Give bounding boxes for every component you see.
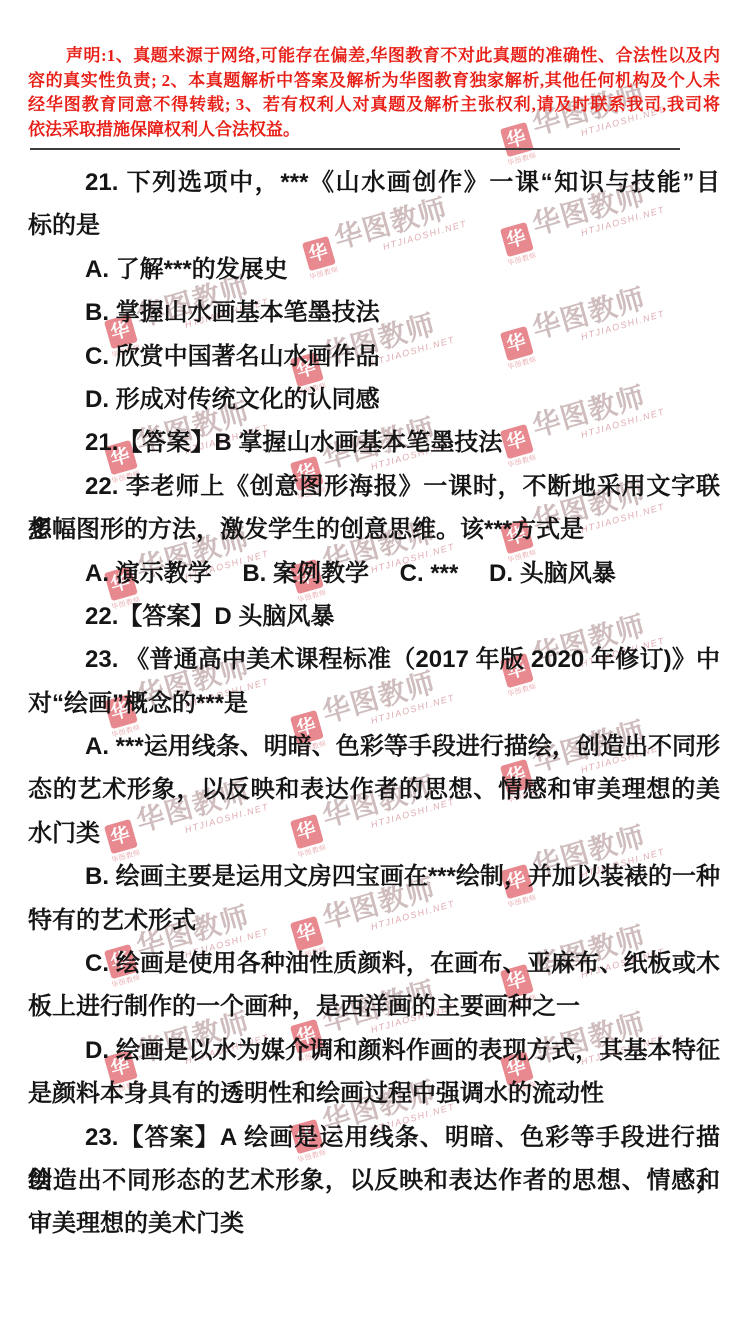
body-line-q21-stem: 21. 下列选项中，***《山水画创作》一课“知识与技能”目 xyxy=(28,161,720,204)
disclaimer-block: 声明:1、真题来源于网络,可能存在偏差,华图教育不对此真题的准确性、合法性以及内… xyxy=(28,44,720,142)
divider-line xyxy=(30,148,680,150)
body-line-q21-stem: 标的是 xyxy=(28,204,720,247)
question-body: 21. 下列选项中，***《山水画创作》一课“知识与技能”目标的是A. 了解**… xyxy=(28,161,720,1246)
disclaimer-line: 容的真实性负责; 2、本真题解析中答案及解析为华图教育独家解析,其他任何机构及个… xyxy=(28,69,720,94)
body-line-q23-option-b: B. 绘画主要是运用文房四宝画在***绘制，并加以装裱的一种 xyxy=(28,855,720,898)
disclaimer-line: 声明:1、真题来源于网络,可能存在偏差,华图教育不对此真题的准确性、合法性以及内 xyxy=(28,44,720,69)
disclaimer-line: 依法采取措施保障权利人合法权益。 xyxy=(28,118,720,143)
document-page: 华华图教师华图教师HTJIAOSHI.NET华华图教师华图教师HTJIAOSHI… xyxy=(0,0,748,1335)
body-line-q22-stem: 多幅图形的方法，激发学生的创意思维。该***方式是 xyxy=(28,508,720,551)
body-line-q23-answer: 审美理想的美术门类 xyxy=(28,1202,720,1245)
document-content: 声明:1、真题来源于网络,可能存在偏差,华图教育不对此真题的准确性、合法性以及内… xyxy=(0,0,748,1246)
body-line-q23-stem: 23. 《普通高中美术课程标准（2017 年版 2020 年修订)》中 xyxy=(28,638,720,681)
body-line-q21-option-d: D. 形成对传统文化的认同感 xyxy=(28,378,720,421)
body-line-q21-option-c: C. 欣赏中国著名山水画作品 xyxy=(28,335,720,378)
body-line-q22-answer: 22.【答案】D 头脑风暴 xyxy=(28,595,720,638)
body-line-q21-answer: 21.【答案】B 掌握山水画基本笔墨技法 xyxy=(28,421,720,464)
body-line-q23-option-c: 板上进行制作的一个画种，是西洋画的主要画种之一 xyxy=(28,985,720,1028)
body-line-q23-option-d: 是颜料本身具有的透明性和绘画过程中强调水的流动性 xyxy=(28,1072,720,1115)
disclaimer-text: 1、真题来源于网络,可能存在偏差,华图教育不对此真题的准确性、合法性以及内 xyxy=(107,46,720,65)
body-line-q23-option-a: A. ***运用线条、明暗、色彩等手段进行描绘，创造出不同形 xyxy=(28,725,720,768)
body-line-q23-option-a: 态的艺术形象，以反映和表达作者的思想、情感和审美理想的美 xyxy=(28,768,720,811)
body-line-q22-options: A. 演示教学 B. 案例教学 C. *** D. 头脑风暴 xyxy=(28,552,720,595)
body-line-q21-option-a: A. 了解***的发展史 xyxy=(28,248,720,291)
disclaimer-label: 声明: xyxy=(66,46,107,65)
body-line-q23-option-d: D. 绘画是以水为媒介调和颜料作画的表现方式，其基本特征 xyxy=(28,1029,720,1072)
body-line-q23-answer: 创造出不同形态的艺术形象，以反映和表达作者的思想、情感和 xyxy=(28,1159,720,1202)
body-line-q23-option-b: 特有的艺术形式 xyxy=(28,899,720,942)
body-line-q23-answer: 23.【答案】A 绘画是运用线条、明暗、色彩等手段进行描绘， xyxy=(28,1116,720,1159)
body-line-q23-option-c: C. 绘画是使用各种油性质颜料，在画布、亚麻布、纸板或木 xyxy=(28,942,720,985)
body-line-q21-option-b: B. 掌握山水画基本笔墨技法 xyxy=(28,291,720,334)
body-line-q23-stem: 对“绘画”概念的***是 xyxy=(28,682,720,725)
disclaimer-line: 经华图教育同意不得转载; 3、若有权利人对真题及解析主张权利,请及时联系我司,我… xyxy=(28,93,720,118)
body-line-q22-stem: 22. 李老师上《创意图形海报》一课时，不断地采用文字联想 xyxy=(28,465,720,508)
body-line-q23-option-a: 水门类 xyxy=(28,812,720,855)
